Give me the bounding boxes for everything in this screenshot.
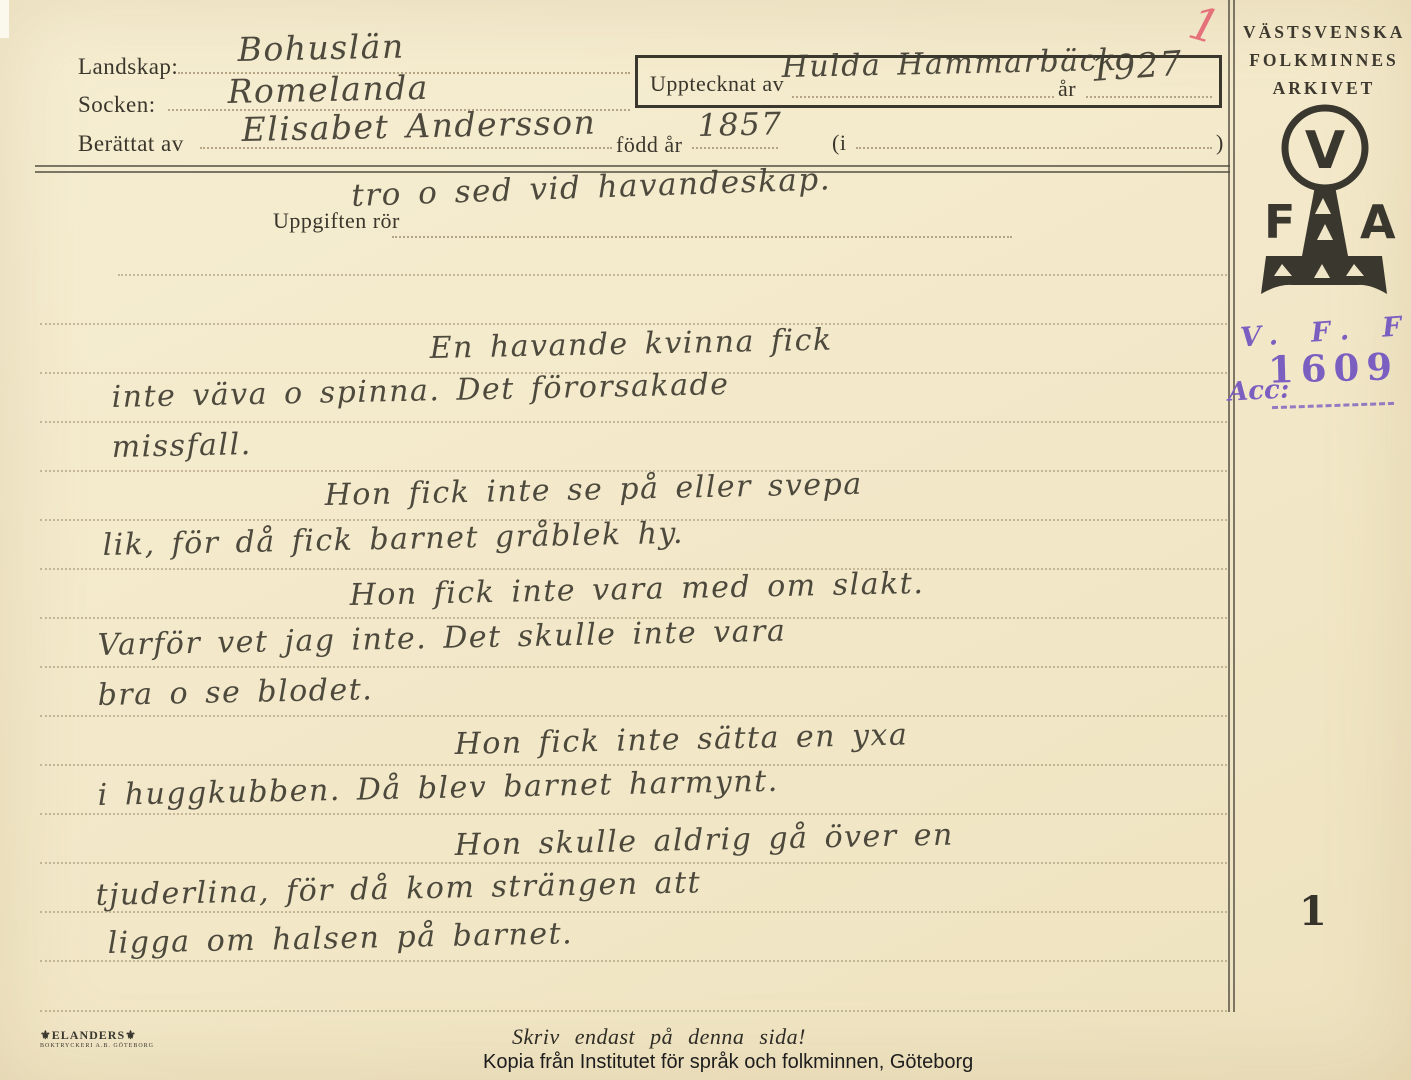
manuscript-line: i huggkubben. Då blev barnet harmynt. [97,764,779,813]
printer-name: ELANDERS [52,1028,125,1042]
ruled-line [40,960,1227,962]
handwritten-record-year: 1927 [1089,44,1184,90]
ruled-line [40,764,1227,766]
logo-letter-a: A [1360,195,1396,249]
archive-name: VÄSTSVENSKA FOLKMINNES ARKIVET [1243,18,1405,102]
acc-stamp-label: Acc: [1227,374,1290,407]
manuscript-line: bra o se blodet. [97,672,373,713]
handwritten-socken-value: Romelanda [227,68,429,111]
manuscript-line: Hon skulle aldrig gå över en [454,818,954,863]
ruled-line [40,421,1227,423]
field-label-fodd-ar: född år [616,132,682,158]
field-rule-record-year [1086,96,1212,98]
ruled-line [40,323,1227,325]
header-divider-top [35,165,1230,167]
handwritten-subject: tro o sed vid havandeskap. [351,161,832,214]
handwritten-landskap-value: Bohuslän [237,27,405,69]
field-label-ar: år [1058,76,1076,102]
ruled-line [40,666,1227,668]
field-rule-birthplace [856,147,1212,149]
handwritten-birth-year: 1857 [697,106,783,144]
ruled-line [40,911,1227,913]
field-label-landskap: Landskap: [78,54,178,80]
handwritten-berattat-value: Elisabet Andersson [241,103,596,149]
field-label-paren-open: (i [832,130,846,156]
field-rule-subject [392,236,1012,238]
red-pencil-mark: 1 [1184,0,1225,51]
printer-name-line: ⚜ELANDERS⚜ [40,1029,154,1041]
archive-name-line2: FOLKMINNES [1243,46,1405,74]
ruled-line [40,862,1227,864]
printer-subline: BOKTRYCKERI A.B. GÖTEBORG [40,1043,154,1049]
ruled-line [40,813,1227,815]
manuscript-line: Varför vet jag inte. Det skulle inte var… [97,614,786,663]
margin-divider-inner [1233,0,1235,1012]
archive-name-line1: VÄSTSVENSKA [1243,18,1405,46]
manuscript-line: Hon fick inte sätta en yxa [454,718,908,762]
field-label-socken: Socken: [78,92,156,118]
manuscript-line: ligga om halsen på barnet. [107,916,573,961]
field-rule-birth-year [692,147,778,149]
printer-crest-icon: ⚜ [40,1028,52,1042]
ruled-line [40,715,1227,717]
scan-edge-artifact [0,0,9,38]
ruled-line [40,568,1227,570]
manuscript-line: inte väva o spinna. Det förorsakade [111,367,730,415]
field-label-paren-close: ) [1216,130,1224,156]
margin-divider-outer [1228,0,1230,1012]
manuscript-line: lik, för då fick barnet gråblek hy. [102,516,684,563]
logo-letter-f: F [1264,195,1295,249]
manuscript-line: Hon fick inte vara med om slakt. [349,566,924,613]
logo-letter-v: V [1305,121,1345,181]
page-number: 1 [1299,888,1327,935]
printer-mark: ⚜ELANDERS⚜ BOKTRYCKERI A.B. GÖTEBORG [40,1029,154,1049]
manuscript-line: missfall. [111,427,252,465]
manuscript-line: Hon fick inte se på eller svepa [324,467,863,513]
vfa-thors-hammer-logo-icon: V F A [1250,96,1400,318]
printer-crest-icon: ⚜ [125,1028,137,1042]
hammer-handle [1302,186,1348,256]
manuscript-line: En havande kvinna fick [429,323,833,366]
field-rule-recorder [792,96,1054,98]
field-label-upptecknat-av: Upptecknat av [650,71,784,97]
copy-notice: Kopia från Institutet för språk och folk… [483,1051,973,1074]
manuscript-line: tjuderlina, för då kom strängen att [95,865,701,913]
ruled-line [40,1010,1227,1012]
field-label-berattat-av: Berättat av [78,131,184,157]
write-only-this-side-instruction: Skriv endast på denna sida! [512,1024,806,1050]
acc-stamp-underline [1272,402,1394,409]
ruled-line [118,274,1227,276]
archival-record-scan: Landskap: Socken: Berättat av Bohuslän R… [0,0,1411,1080]
